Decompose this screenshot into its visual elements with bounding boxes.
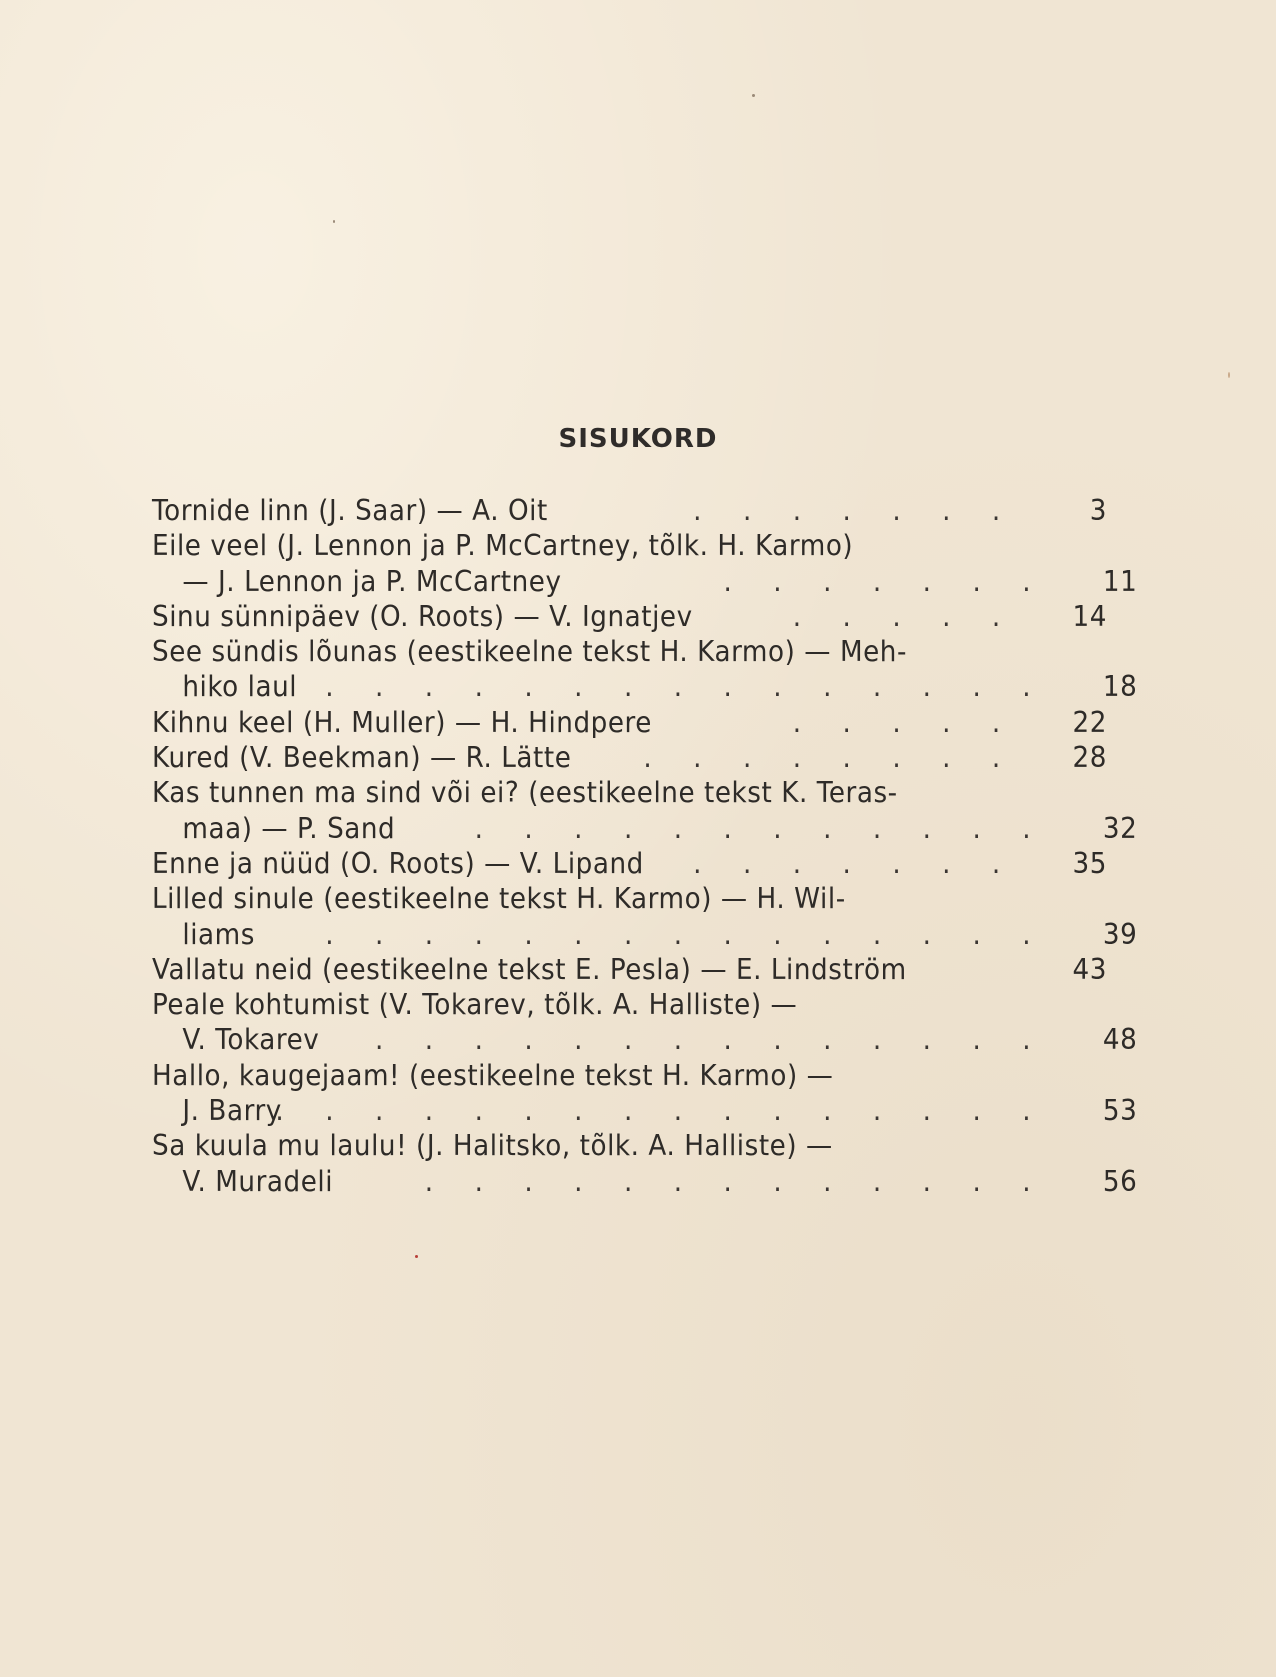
toc-page-number: 28 — [1043, 740, 1107, 775]
toc-entry: Eile veel (J. Lennon ja P. McCartney, tõ… — [152, 528, 1107, 599]
toc-line: Kas tunnen ma sind või ei? (eestikeelne … — [152, 775, 1107, 810]
toc-page-number: 14 — [1043, 599, 1107, 634]
toc-line-continuation: maa) — P. Sand . . . . . . . . . . . . 3… — [152, 811, 1137, 846]
toc-entry: Kas tunnen ma sind või ei? (eestikeelne … — [152, 775, 1107, 846]
table-of-contents: Tornide linn (J. Saar) — A. Oit . . . . … — [152, 493, 1107, 1199]
toc-entry-author: V. Muradeli — [182, 1165, 333, 1198]
toc-line: Vallatu neid (eestikeelne tekst E. Pesla… — [152, 952, 1107, 987]
dot-leader: . . . . . . . . . . . . . . . — [325, 669, 1047, 704]
toc-line: Sinu sünnipäev (O. Roots) — V. Ignatjev … — [152, 599, 1107, 634]
toc-line-continuation: hiko laul . . . . . . . . . . . . . . . … — [152, 669, 1137, 704]
toc-entry: Sa kuula mu laulu! (J. Halitsko, tõlk. A… — [152, 1128, 1107, 1199]
toc-entry-title: Eile veel (J. Lennon ja P. McCartney, tõ… — [152, 529, 853, 562]
dot-leader: . . . . . . . . . . . . . . — [375, 1022, 1047, 1057]
toc-page-number: 18 — [1073, 669, 1137, 704]
paper-speck — [1228, 372, 1230, 378]
toc-entry-author: hiko laul — [182, 670, 297, 703]
toc-entry-title: Lilled sinule (eestikeelne tekst H. Karm… — [152, 882, 846, 915]
toc-line-continuation: J. Barry . . . . . . . . . . . . . . . .… — [152, 1093, 1137, 1128]
toc-entry-title: Tornide linn (J. Saar) — A. Oit — [152, 494, 548, 527]
toc-entry-title: Peale kohtumist (V. Tokarev, tõlk. A. Ha… — [152, 988, 797, 1021]
toc-page-number: 53 — [1073, 1093, 1137, 1128]
toc-line: See sündis lõunas (eestikeelne tekst H. … — [152, 634, 1107, 669]
toc-page-number: 56 — [1073, 1164, 1137, 1199]
toc-entry-title: Enne ja nüüd (O. Roots) — V. Lipand — [152, 847, 644, 880]
toc-entry-title: Sinu sünnipäev (O. Roots) — V. Ignatjev — [152, 600, 693, 633]
toc-entry: Vallatu neid (eestikeelne tekst E. Pesla… — [152, 952, 1107, 987]
toc-line: Kured (V. Beekman) — R. Lätte . . . . . … — [152, 740, 1107, 775]
toc-entry: Peale kohtumist (V. Tokarev, tõlk. A. Ha… — [152, 987, 1107, 1058]
toc-entry: Enne ja nüüd (O. Roots) — V. Lipand . . … — [152, 846, 1107, 881]
toc-page-number: 39 — [1073, 917, 1137, 952]
toc-entry-title: Hallo, kaugejaam! (eestikeelne tekst H. … — [152, 1059, 833, 1092]
toc-entry: Tornide linn (J. Saar) — A. Oit . . . . … — [152, 493, 1107, 528]
toc-entry-title: Sa kuula mu laulu! (J. Halitsko, tõlk. A… — [152, 1129, 833, 1162]
toc-line: Tornide linn (J. Saar) — A. Oit . . . . … — [152, 493, 1107, 528]
toc-entry: Kured (V. Beekman) — R. Lätte . . . . . … — [152, 740, 1107, 775]
toc-line: Enne ja nüüd (O. Roots) — V. Lipand . . … — [152, 846, 1107, 881]
toc-entry-title: Kas tunnen ma sind või ei? (eestikeelne … — [152, 776, 898, 809]
dot-leader: . . . . . . . . . . . . . — [425, 1164, 1047, 1199]
paper-speck — [415, 1255, 418, 1258]
toc-entry-author: J. Barry — [182, 1094, 281, 1127]
toc-line: Kihnu keel (H. Muller) — H. Hindpere . .… — [152, 705, 1107, 740]
toc-entry: Hallo, kaugejaam! (eestikeelne tekst H. … — [152, 1058, 1107, 1129]
toc-line-continuation: V. Tokarev . . . . . . . . . . . . . . 4… — [152, 1022, 1137, 1057]
dot-leader: . . . . . — [793, 705, 1017, 740]
dot-leader: . . . . . . . . . . . . . . . — [325, 917, 1047, 952]
toc-entry-author: — J. Lennon ja P. McCartney — [182, 565, 561, 598]
toc-entry: See sündis lõunas (eestikeelne tekst H. … — [152, 634, 1107, 705]
page-title: SISUKORD — [0, 424, 1276, 454]
toc-entry-title: Kured (V. Beekman) — R. Lätte — [152, 741, 571, 774]
dot-leader: . . . . . . . . . . . . . . . . — [275, 1093, 1047, 1128]
toc-page-number: 43 — [1043, 952, 1107, 987]
toc-page-number: 35 — [1043, 846, 1107, 881]
toc-line-continuation: liams . . . . . . . . . . . . . . . 39 — [152, 917, 1137, 952]
dot-leader: . . . . . . . — [693, 493, 1017, 528]
toc-line: Sa kuula mu laulu! (J. Halitsko, tõlk. A… — [152, 1128, 1107, 1163]
toc-line: Eile veel (J. Lennon ja P. McCartney, tõ… — [152, 528, 1107, 563]
toc-line: Peale kohtumist (V. Tokarev, tõlk. A. Ha… — [152, 987, 1107, 1022]
toc-entry-author: maa) — P. Sand — [182, 812, 395, 845]
paper-speck — [752, 94, 755, 97]
toc-entry: Lilled sinule (eestikeelne tekst H. Karm… — [152, 881, 1107, 952]
dot-leader: . . . . . . . — [693, 846, 1017, 881]
toc-entry-title: See sündis lõunas (eestikeelne tekst H. … — [152, 635, 907, 668]
toc-line: Lilled sinule (eestikeelne tekst H. Karm… — [152, 881, 1107, 916]
toc-line: Hallo, kaugejaam! (eestikeelne tekst H. … — [152, 1058, 1107, 1093]
toc-page-number: 3 — [1043, 493, 1107, 528]
toc-page-number: 11 — [1073, 564, 1137, 599]
dot-leader: . . . . . — [793, 599, 1017, 634]
paper-speck — [333, 220, 335, 223]
toc-entry: Sinu sünnipäev (O. Roots) — V. Ignatjev … — [152, 599, 1107, 634]
toc-page-number: 48 — [1073, 1022, 1137, 1057]
toc-line-continuation: V. Muradeli . . . . . . . . . . . . . 56 — [152, 1164, 1137, 1199]
toc-entry-title: Kihnu keel (H. Muller) — H. Hindpere — [152, 706, 652, 739]
toc-entry-author: V. Tokarev — [182, 1023, 319, 1056]
toc-page-number: 22 — [1043, 705, 1107, 740]
book-page: SISUKORD Tornide linn (J. Saar) — A. Oit… — [0, 0, 1276, 1677]
toc-line-continuation: — J. Lennon ja P. McCartney . . . . . . … — [152, 564, 1137, 599]
toc-entry-author: liams — [182, 918, 255, 951]
toc-entry-title: Vallatu neid (eestikeelne tekst E. Pesla… — [152, 953, 907, 986]
dot-leader: . . . . . . . . . . . . — [475, 811, 1048, 846]
toc-entry: Kihnu keel (H. Muller) — H. Hindpere . .… — [152, 705, 1107, 740]
dot-leader: . . . . . . . . — [643, 740, 1016, 775]
dot-leader: . . . . . . . — [724, 564, 1048, 599]
toc-page-number: 32 — [1073, 811, 1137, 846]
